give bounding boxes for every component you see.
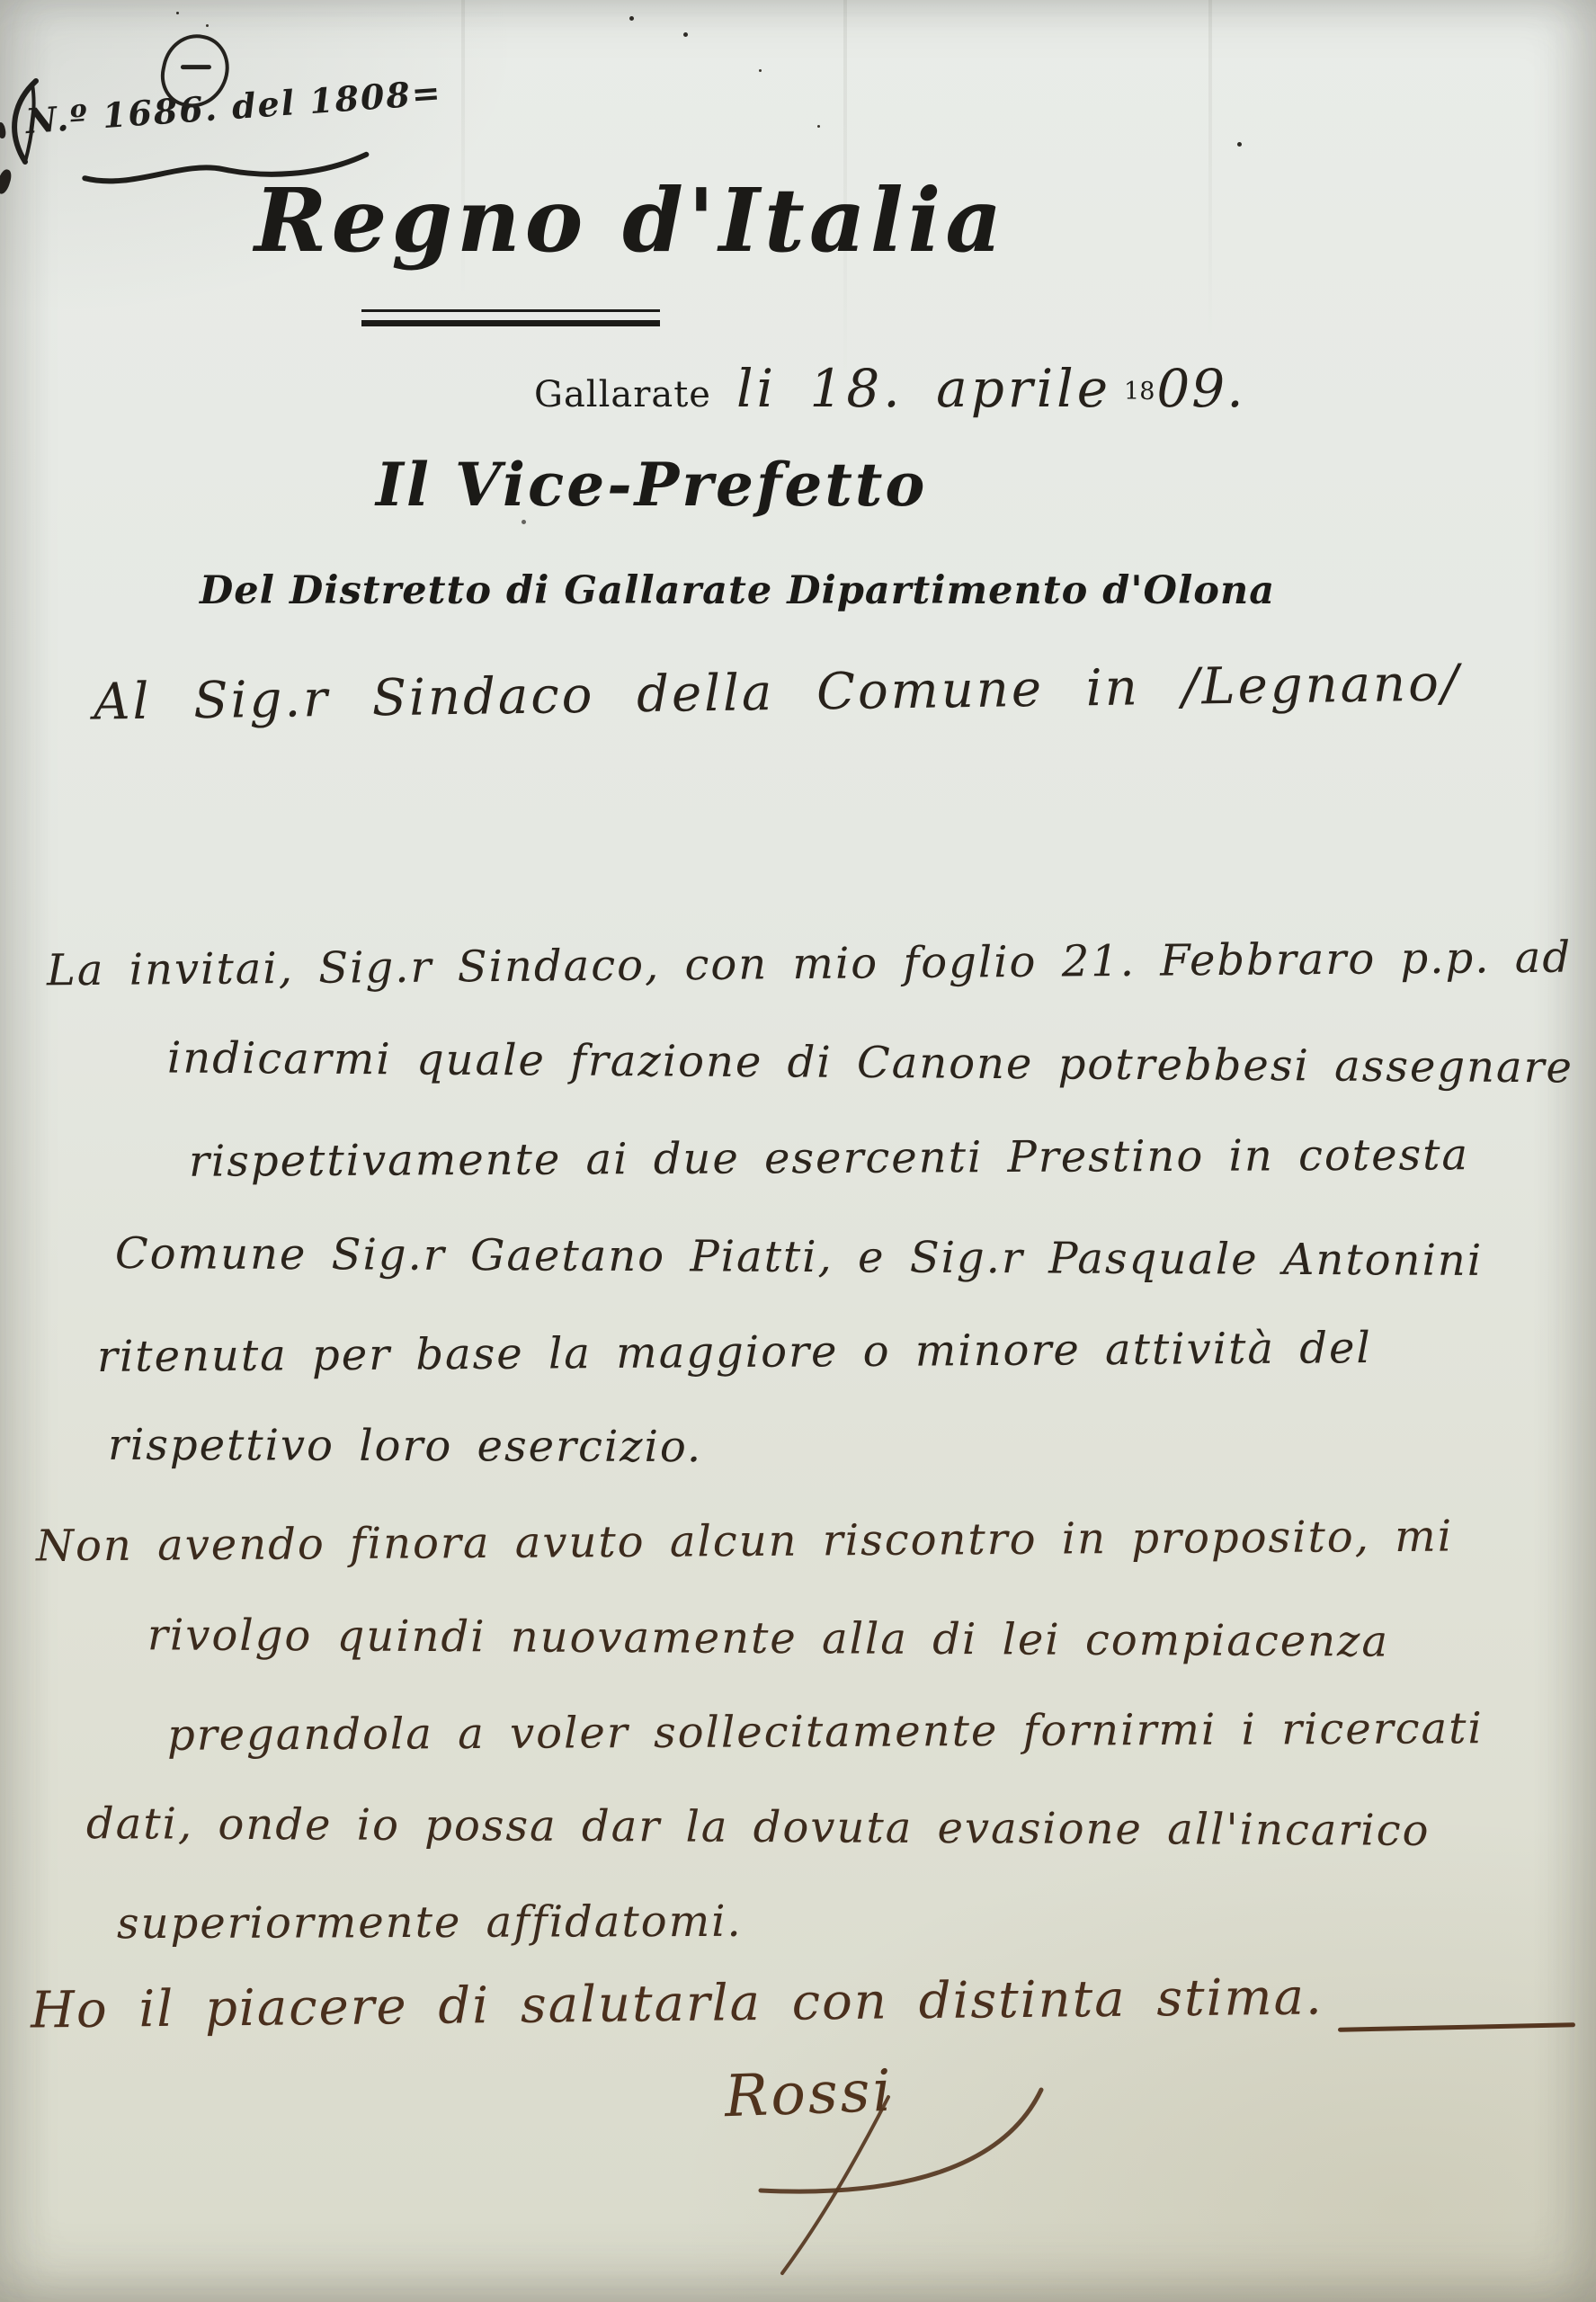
closing-line: Ho il piacere di salutarla con distinta …: [31, 1967, 1324, 2039]
dateline-place: Gallarate: [534, 374, 711, 415]
body-paragraph2-line: superiormente affidatomi.: [117, 1896, 743, 1949]
dateline-year-printed: 18: [1124, 378, 1155, 406]
registration-number: N.º 1686. del 1808=: [24, 72, 443, 141]
manuscript-letter-page: N.º 1686. del 1808= Regno d'Italia Galla…: [0, 0, 1596, 2302]
body-paragraph2-line: rivolgo quindi nuovamente alla di lei co…: [147, 1610, 1389, 1666]
body-paragraph1-line: rispettivo loro esercizio.: [108, 1420, 702, 1472]
body-paragraph1-line: Comune Sig.r Gaetano Piatti, e Sig.r Pas…: [115, 1228, 1483, 1286]
signature-flourish: [619, 2066, 1068, 2282]
archival-circle-inner-stroke: [181, 65, 211, 69]
body-paragraph2-line: pregandola a voler sollecitamente fornir…: [167, 1703, 1484, 1761]
ink-specks: [629, 16, 634, 21]
letterhead-district-line: Del Distretto di Gallarate Dipartimento …: [200, 568, 1099, 613]
dateline-date-script: li 18. aprile: [736, 358, 1111, 419]
body-paragraph1-line: indicarmi quale frazione di Canone potre…: [167, 1033, 1574, 1093]
recipient-line: Al Sig.r Sindaco della Comune in /Legnan…: [94, 654, 1462, 731]
paper-crease: [1208, 0, 1212, 342]
body-paragraph2-line: dati, onde io possa dar la dovuta evasio…: [86, 1798, 1431, 1856]
dateline-year-script: 09.: [1156, 358, 1244, 419]
body-paragraph2-line: Non avendo finora avuto alcun riscontro …: [36, 1511, 1453, 1571]
body-paragraph1-line: rispettivamente ai due esercenti Prestin…: [189, 1129, 1469, 1186]
edge-ink-blob: [0, 168, 13, 196]
body-paragraph1-line: La invitai, Sig.r Sindaco, con mio fogli…: [47, 932, 1572, 996]
letterhead-office-title: Il Vice-Prefetto: [376, 450, 915, 520]
closing-dash-stroke: [1338, 2022, 1575, 2032]
body-paragraph1-line: ritenuta per base la maggiore o minore a…: [97, 1323, 1372, 1382]
letterhead-kingdom-title: Regno d'Italia: [254, 169, 956, 272]
dateline: Gallarate li 18. aprile 18 09.: [534, 358, 1245, 419]
letterhead-double-rule: [361, 309, 660, 326]
